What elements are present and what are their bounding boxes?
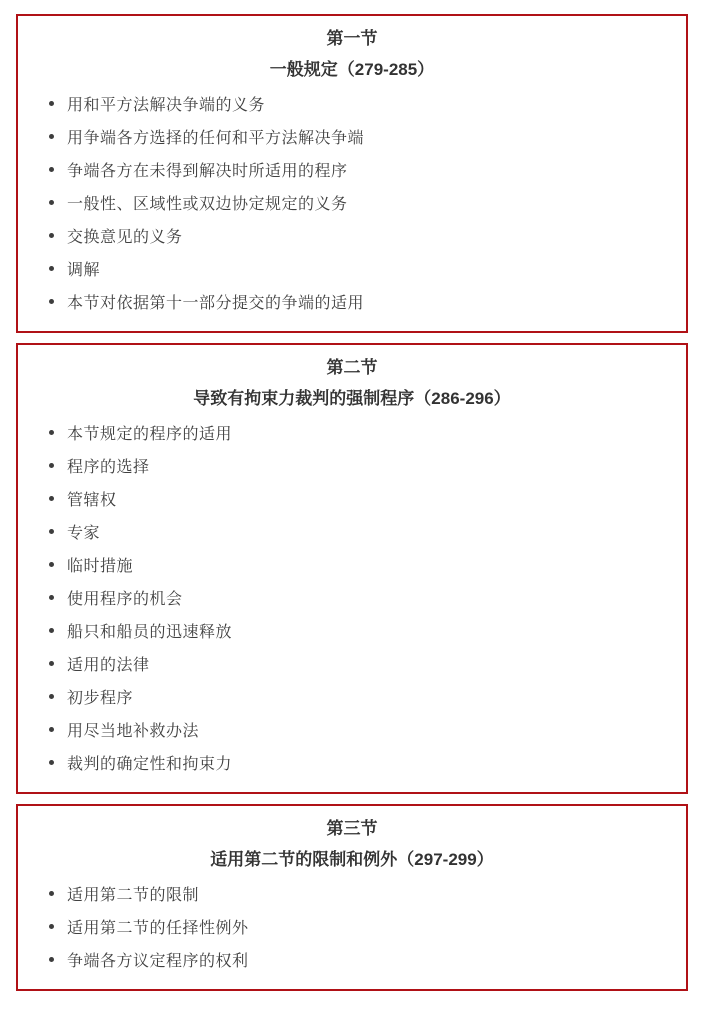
bullet-icon bbox=[49, 233, 54, 238]
bullet-icon bbox=[49, 562, 54, 567]
list-item-text: 适用第二节的限制 bbox=[67, 882, 199, 905]
list-item: 本节对依据第十一部分提交的争端的适用 bbox=[46, 285, 658, 318]
list-item-text: 专家 bbox=[67, 520, 100, 543]
list-item: 争端各方议定程序的权利 bbox=[46, 943, 658, 976]
list-item-text: 程序的选择 bbox=[67, 454, 150, 477]
bullet-icon bbox=[49, 924, 54, 929]
bullet-icon bbox=[49, 496, 54, 501]
list-item-text: 船只和船员的迅速释放 bbox=[67, 619, 232, 642]
bullet-icon bbox=[49, 694, 54, 699]
bullet-icon bbox=[49, 529, 54, 534]
list-item-text: 适用的法律 bbox=[67, 652, 150, 675]
bullet-icon bbox=[49, 266, 54, 271]
bullet-icon bbox=[49, 760, 54, 765]
list-item-text: 本节规定的程序的适用 bbox=[67, 421, 232, 444]
bullet-icon bbox=[49, 661, 54, 666]
section-3-subtitle: 适用第二节的限制和例外（297-299） bbox=[46, 850, 658, 870]
list-item-text: 使用程序的机会 bbox=[67, 586, 183, 609]
list-item-text: 临时措施 bbox=[67, 553, 133, 576]
bullet-icon bbox=[49, 628, 54, 633]
section-2-title: 第二节 bbox=[46, 358, 658, 378]
list-item-text: 本节对依据第十一部分提交的争端的适用 bbox=[67, 290, 364, 313]
bullet-icon bbox=[49, 430, 54, 435]
list-item: 交换意见的义务 bbox=[46, 219, 658, 252]
list-item: 使用程序的机会 bbox=[46, 581, 658, 614]
list-item-text: 初步程序 bbox=[67, 685, 133, 708]
bullet-icon bbox=[49, 200, 54, 205]
list-item: 船只和船员的迅速释放 bbox=[46, 614, 658, 647]
bullet-icon bbox=[49, 299, 54, 304]
list-item: 初步程序 bbox=[46, 680, 658, 713]
bullet-icon bbox=[49, 891, 54, 896]
list-item: 用争端各方选择的任何和平方法解决争端 bbox=[46, 120, 658, 153]
bullet-icon bbox=[49, 595, 54, 600]
bullet-icon bbox=[49, 727, 54, 732]
list-item-text: 争端各方议定程序的权利 bbox=[67, 948, 249, 971]
section-1-title: 第一节 bbox=[46, 29, 658, 49]
list-item: 适用第二节的任择性例外 bbox=[46, 910, 658, 943]
bullet-icon bbox=[49, 101, 54, 106]
bullet-icon bbox=[49, 167, 54, 172]
list-item: 本节规定的程序的适用 bbox=[46, 416, 658, 449]
list-item-text: 交换意见的义务 bbox=[67, 224, 183, 247]
list-item: 用尽当地补救办法 bbox=[46, 713, 658, 746]
list-item: 适用的法律 bbox=[46, 647, 658, 680]
list-item: 管辖权 bbox=[46, 482, 658, 515]
section-2-item-list: 本节规定的程序的适用 程序的选择 管辖权 专家 临时措施 使用程序的机会 船只和… bbox=[46, 416, 658, 779]
list-item: 专家 bbox=[46, 515, 658, 548]
section-box-3: 第三节 适用第二节的限制和例外（297-299） 适用第二节的限制 适用第二节的… bbox=[16, 804, 688, 991]
list-item-text: 裁判的确定性和拘束力 bbox=[67, 751, 232, 774]
list-item: 临时措施 bbox=[46, 548, 658, 581]
list-item: 调解 bbox=[46, 252, 658, 285]
list-item-text: 一般性、区域性或双边协定规定的义务 bbox=[67, 191, 348, 214]
section-box-1: 第一节 一般规定（279-285） 用和平方法解决争端的义务 用争端各方选择的任… bbox=[16, 14, 688, 333]
list-item-text: 用尽当地补救办法 bbox=[67, 718, 199, 741]
section-box-2: 第二节 导致有拘束力裁判的强制程序（286-296） 本节规定的程序的适用 程序… bbox=[16, 343, 688, 794]
list-item-text: 调解 bbox=[67, 257, 100, 280]
bullet-icon bbox=[49, 957, 54, 962]
list-item-text: 争端各方在未得到解决时所适用的程序 bbox=[67, 158, 348, 181]
section-3-title: 第三节 bbox=[46, 819, 658, 839]
list-item-text: 适用第二节的任择性例外 bbox=[67, 915, 249, 938]
list-item: 程序的选择 bbox=[46, 449, 658, 482]
section-2-subtitle: 导致有拘束力裁判的强制程序（286-296） bbox=[46, 389, 658, 409]
section-1-subtitle: 一般规定（279-285） bbox=[46, 60, 658, 80]
bullet-icon bbox=[49, 134, 54, 139]
bullet-icon bbox=[49, 463, 54, 468]
list-item: 适用第二节的限制 bbox=[46, 877, 658, 910]
list-item: 一般性、区域性或双边协定规定的义务 bbox=[46, 186, 658, 219]
section-1-item-list: 用和平方法解决争端的义务 用争端各方选择的任何和平方法解决争端 争端各方在未得到… bbox=[46, 87, 658, 318]
list-item: 用和平方法解决争端的义务 bbox=[46, 87, 658, 120]
list-item: 争端各方在未得到解决时所适用的程序 bbox=[46, 153, 658, 186]
document-page: 第一节 一般规定（279-285） 用和平方法解决争端的义务 用争端各方选择的任… bbox=[0, 0, 704, 1016]
list-item-text: 用和平方法解决争端的义务 bbox=[67, 92, 265, 115]
section-3-item-list: 适用第二节的限制 适用第二节的任择性例外 争端各方议定程序的权利 bbox=[46, 877, 658, 976]
list-item: 裁判的确定性和拘束力 bbox=[46, 746, 658, 779]
list-item-text: 用争端各方选择的任何和平方法解决争端 bbox=[67, 125, 364, 148]
list-item-text: 管辖权 bbox=[67, 487, 117, 510]
